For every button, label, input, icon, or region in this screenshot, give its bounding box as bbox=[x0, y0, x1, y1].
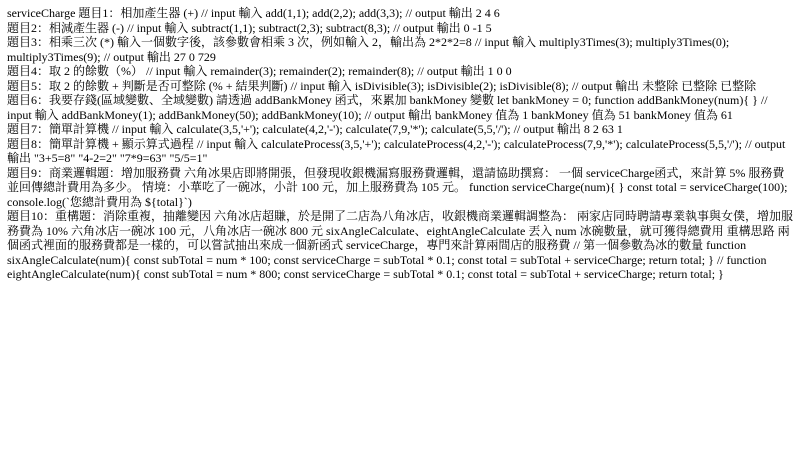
problem-8-paragraph: 題目8：簡單計算機 + 顯示算式過程 // input 輸入 calculate… bbox=[7, 137, 793, 166]
problem-7-paragraph: 題目7：簡單計算機 // input 輸入 calculate(3,5,'+')… bbox=[7, 122, 793, 137]
problem-2-paragraph: 題目2：相減產生器 (-) // input 輸入 subtract(1,1);… bbox=[7, 21, 793, 36]
problem-3-paragraph: 題目3：相乘三次 (*) 輸入一個數字後，該參數會相乘 3 次，例如輸入 2，輸… bbox=[7, 35, 793, 64]
problem-9-paragraph: 題目9：商業邏輯題：增加服務費 六角冰果店即將開張，但發現收銀機漏寫服務費邏輯，… bbox=[7, 166, 793, 210]
problem-10-paragraph: 題目10：重構題：消除重複，抽離變因 六角冰店超賺，於是開了二店為八角冰店，收銀… bbox=[7, 209, 793, 282]
problem-1-paragraph: serviceCharge 題目1：相加產生器 (+) // input 輸入 … bbox=[7, 6, 793, 21]
problem-4-paragraph: 題目4：取 2 的餘數（%） // input 輸入 remainder(3);… bbox=[7, 64, 793, 79]
exercise-document: serviceCharge 題目1：相加產生器 (+) // input 輸入 … bbox=[0, 0, 800, 282]
problem-6-paragraph: 題目6：我要存錢(區域變數、全域變數) 請透過 addBankMoney 函式，… bbox=[7, 93, 793, 122]
problem-5-paragraph: 題目5：取 2 的餘數 + 判斷是否可整除 (% + 結果判斷) // inpu… bbox=[7, 79, 793, 94]
